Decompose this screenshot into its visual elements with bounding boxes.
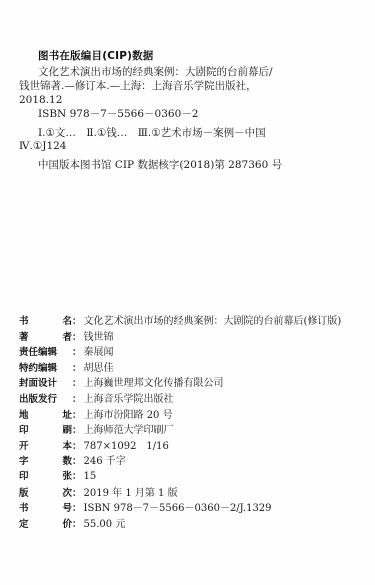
label-word-count: 字数 [19, 453, 72, 467]
value-address: 上海市汾阳路 20 号 [84, 406, 173, 421]
value-contributing-editor: 胡思佳 [84, 359, 114, 374]
label-author: 著者 [19, 329, 72, 343]
value-publisher: 上海音乐学院出版社 [84, 390, 174, 405]
colophon-row-isbn: 书号 ： ISBN 978－7－5566－0360－2/J.1329 [19, 499, 359, 515]
colophon-row-printer: 印刷 ： 上海师范大学印刷厂 [19, 421, 359, 437]
cip-classification-line-2: Ⅳ.①J124 [19, 140, 67, 153]
label-isbn: 书号 [19, 500, 72, 514]
value-price: 55.00 元 [84, 515, 126, 530]
colophon-row-address: 地址 ： 上海市汾阳路 20 号 [19, 406, 359, 422]
colophon-row-title: 书名 ： 文化艺术演出市场的经典案例：大剧院的台前幕后(修订版) [19, 312, 359, 328]
value-author: 钱世锦 [84, 328, 114, 343]
label-cover-design: 封面设计 [19, 375, 72, 389]
cip-date-line: 2018.12 [19, 94, 62, 107]
colophon-row-word-count: 字数 ： 246 千字 [19, 452, 359, 468]
colophon-row-editor: 责任编辑 ： 秦展闻 [19, 343, 359, 359]
value-isbn: ISBN 978－7－5566－0360－2/J.1329 [84, 499, 272, 514]
label-sheets: 印张 [19, 468, 72, 482]
cip-isbn-line: ISBN 978－7－5566－0360－2 [38, 108, 198, 121]
colophon-row-edition: 版次 ： 2019 年 1 月第 1 版 [19, 484, 359, 500]
colophon-row-cover-design: 封面设计 ： 上海巍世理邦文化传播有限公司 [19, 374, 359, 390]
value-printer: 上海师范大学印刷厂 [84, 421, 174, 436]
value-edition: 2019 年 1 月第 1 版 [84, 484, 178, 499]
cip-record-number: 中国版本图书馆 CIP 数据核字(2018)第 287360 号 [38, 159, 282, 172]
value-word-count: 246 千字 [84, 452, 126, 467]
label-publisher: 出版发行 [19, 391, 72, 405]
colophon-row-sheets: 印张 ： 15 [19, 468, 359, 484]
colophon-row-format: 开本 ： 787×1092 1/16 [19, 437, 359, 453]
copyright-page: 图书在版编目(CIP)数据 文化艺术演出市场的经典案例：大剧院的台前幕后/ 钱世… [0, 0, 375, 585]
value-editor: 秦展闻 [84, 343, 114, 358]
label-price: 定价 [19, 516, 72, 530]
label-editor: 责任编辑 [19, 344, 72, 358]
label-address: 地址 [19, 407, 72, 421]
value-sheets: 15 [84, 471, 97, 482]
label-title: 书名 [19, 313, 72, 327]
cip-heading: 图书在版编目(CIP)数据 [38, 48, 154, 63]
label-edition: 版次 [19, 485, 72, 499]
colophon-row-price: 定价 ： 55.00 元 [19, 515, 359, 531]
cip-title-line: 文化艺术演出市场的经典案例：大剧院的台前幕后/ [38, 66, 273, 79]
value-format: 787×1092 1/16 [84, 437, 169, 452]
label-printer: 印刷 [19, 422, 72, 436]
colophon-row-publisher: 出版发行 ： 上海音乐学院出版社 [19, 390, 359, 406]
value-cover-design: 上海巍世理邦文化传播有限公司 [84, 374, 224, 389]
label-format: 开本 [19, 438, 72, 452]
colophon-row-contributing-editor: 特约编辑 ： 胡思佳 [19, 359, 359, 375]
colophon-row-author: 著者 ： 钱世锦 [19, 328, 359, 344]
cip-author-line: 钱世锦著.—修订本.—上海：上海音乐学院出版社， [19, 80, 257, 93]
colophon: 书名 ： 文化艺术演出市场的经典案例：大剧院的台前幕后(修订版) 著者 ： 钱世… [19, 312, 359, 530]
value-title: 文化艺术演出市场的经典案例：大剧院的台前幕后(修订版) [84, 312, 342, 327]
label-contributing-editor: 特约编辑 [19, 360, 72, 374]
cip-classification-line: Ⅰ.①文… Ⅱ.①钱… Ⅲ.①艺术市场－案例－中国 [38, 127, 266, 140]
